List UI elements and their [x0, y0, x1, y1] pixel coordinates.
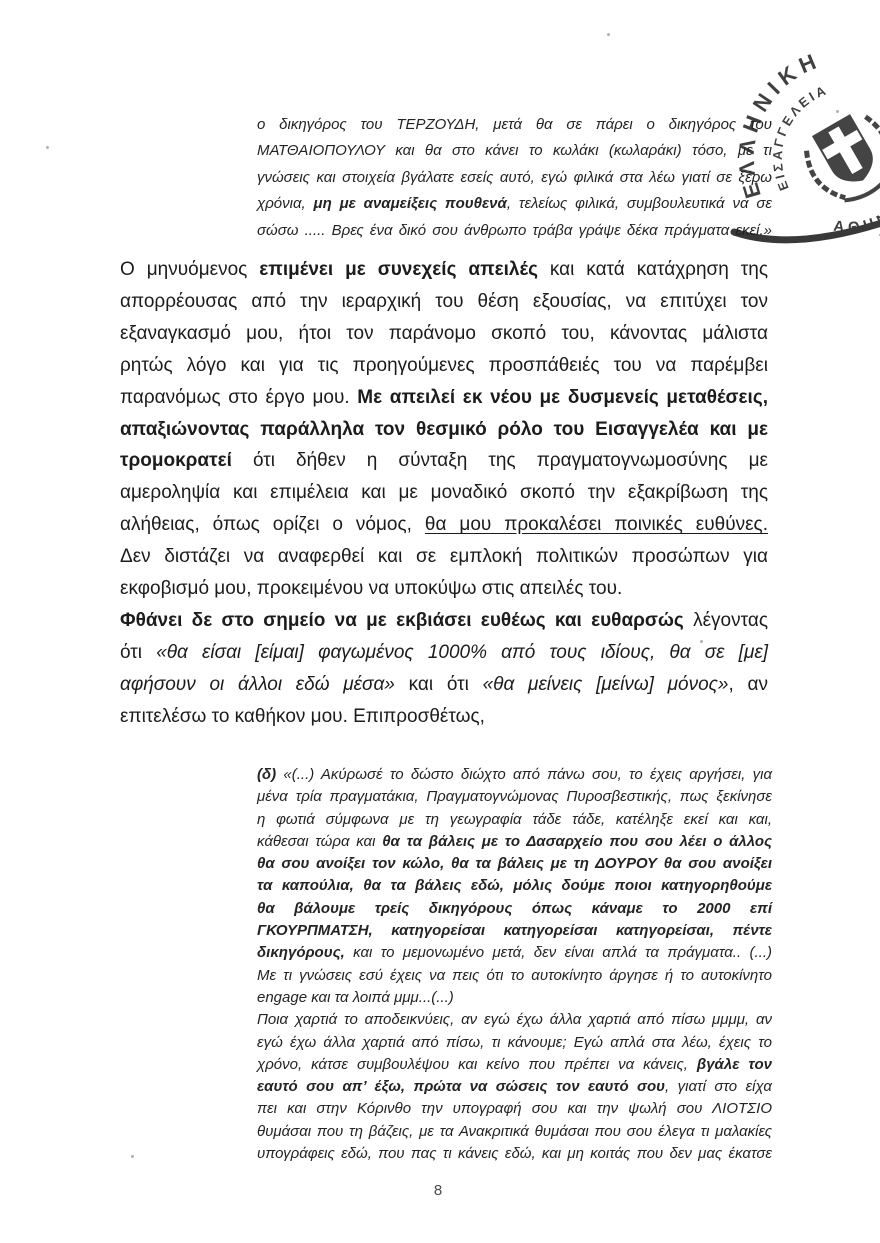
text-run: επιμένει με συνεχείς απειλές [259, 259, 538, 280]
text-run: βγάλε τον [697, 1056, 772, 1073]
text-run: αφήσουν οι άλλοι εδώ μέσα» [120, 674, 395, 695]
text-run: πει και στην Κόρινθο την υπογραφή σου κα… [257, 1100, 772, 1117]
text-line: σώσω ..... Βρες ένα δικό σου άνθρωπο τρά… [257, 218, 772, 244]
text-run: τα καπούλια, θα τα βάλεις εδώ, μόλις δού… [257, 877, 772, 894]
text-line: Φθάνει δε στο σημείο να με εκβιάσει ευθέ… [120, 605, 768, 637]
text-run: σώσω ..... Βρες ένα δικό σου άνθρωπο τρά… [257, 222, 772, 239]
text-run: τρομοκρατεί [120, 450, 232, 471]
stamp-ring-bottom-text: ΑΘΗΝΩΝ [826, 176, 880, 253]
text-line: Με τι γνώσεις εσύ έχεις να πεις ότι το α… [257, 965, 772, 987]
text-line: υπογράφεις εδώ, που πας τι κάνεις εδώ, κ… [257, 1143, 772, 1165]
text-line: χρόνο, κάτσε συμβουλέψου και κείνο που π… [257, 1054, 772, 1076]
text-line: εγώ έχω άλλα χαρτιά από πίσω, τι κάνουμε… [257, 1032, 772, 1054]
text-run: Με απειλεί εκ νέου με δυσμενείς μεταθέσε… [357, 387, 768, 408]
document-page: ο δικηγόρος του ΤΕΡΖΟΥΔΗ, μετά θα σε πάρ… [0, 0, 880, 1243]
text-run: επιτελέσω το καθήκον μου. Επιπροσθέτως, [120, 706, 485, 727]
text-run: απαξιώνοντας παράλληλα τον θεσμικό ρόλο … [120, 419, 768, 440]
text-run: χρόνια, [257, 195, 314, 212]
text-run: θα σου ανοίξει τον κώλο, θα τα βάλεις με… [257, 855, 772, 872]
text-line: παρανόμως στο έργο μου. Με απειλεί εκ νέ… [120, 382, 768, 414]
text-run: (δ) [257, 766, 283, 783]
text-line: πει και στην Κόρινθο την υπογραφή σου κα… [257, 1098, 772, 1120]
text-run: , αν [729, 674, 769, 695]
text-run: Φθάνει δε στο σημείο να με εκβιάσει ευθέ… [120, 610, 684, 631]
text-run: ότι δήθεν η σύνταξη της πραγματογνωμοσύν… [232, 450, 768, 471]
page-number: 8 [420, 1182, 456, 1199]
text-line: Δεν διστάζει να αναφερθεί και σε εμπλοκή… [120, 541, 768, 573]
text-line: εξαναγκασμό μου, ήτοι τον παράνομο σκοπό… [120, 318, 768, 350]
text-run: θα μου προκαλέσει ποινικές ευθύνες. [425, 514, 768, 535]
text-line: δικηγόρους, και το μεμονωμένο μετά, δεν … [257, 942, 772, 964]
text-run: λέγοντας [684, 610, 768, 631]
text-run: «θα είσαι [είμαι] φαγωμένος 1000% από το… [156, 642, 768, 663]
stamp-emblem-icon [796, 105, 880, 213]
text-run: θα βάλουμε τρείς δικηγόρους όπως κάναμε … [257, 900, 772, 917]
text-run: εκφοβισμό μου, προκειμένου να υποκύψω στ… [120, 578, 622, 599]
text-run: κάθεσαι τώρα και [257, 833, 382, 850]
text-line: τα καπούλια, θα τα βάλεις εδώ, μόλις δού… [257, 875, 772, 897]
text-run: αλήθειας, όπως ορίζει ο νόμος, [120, 514, 425, 535]
quote-block-1: ο δικηγόρος του ΤΕΡΖΟΥΔΗ, μετά θα σε πάρ… [257, 112, 772, 244]
text-line: αφήσουν οι άλλοι εδώ μέσα» και ότι «θα μ… [120, 669, 768, 701]
text-run: θυμάσαι που τη βάζεις, με τα Ανακριτικά … [257, 1123, 772, 1140]
quote-block-2: (δ) «(...) Ακύρωσέ το δώστο διώχτο από π… [257, 764, 772, 1165]
scan-speck [152, 455, 155, 458]
text-run: ΜΑΤΘΑΙΟΠΟΥΛΟΥ και θα στο κάνει το κωλάκι… [257, 142, 772, 159]
text-run: «(...) Ακύρωσέ το δώστο διώχτο από πάνω … [283, 766, 772, 783]
text-run: παρανόμως στο έργο μου. [120, 387, 357, 408]
text-run: engage και τα λοιπά μμμ...(...) [257, 989, 454, 1006]
text-line: επιτελέσω το καθήκον μου. Επιπροσθέτως, [120, 701, 768, 733]
text-run: θα τα βάλεις με το Δασαρχείο που σου λέε… [382, 833, 772, 850]
scan-speck [700, 640, 703, 643]
text-line: θυμάσαι που τη βάζεις, με τα Ανακριτικά … [257, 1121, 772, 1143]
text-line: χρόνια, μη με αναμείξεις πουθενά, τελείω… [257, 191, 772, 217]
text-line: απαξιώνοντας παράλληλα τον θεσμικό ρόλο … [120, 414, 768, 446]
text-run: μένα τρία πραγματάκια, Πραγματογνώμονας … [257, 788, 772, 805]
text-run: «θα μείνεις [μείνω] μόνος» [483, 674, 729, 695]
text-line: γνώσεις και στοιχεία βγάλατε εσείς αυτό,… [257, 165, 772, 191]
text-run: αμεροληψία και επιμέλεια και με μοναδικό… [120, 482, 768, 503]
text-line: αμεροληψία και επιμέλεια και με μοναδικό… [120, 477, 768, 509]
text-line: Ποια χαρτιά το αποδεικνύεις, αν εγώ έχω … [257, 1009, 772, 1031]
scan-speck [46, 146, 49, 149]
text-line: κάθεσαι τώρα και θα τα βάλεις με το Δασα… [257, 831, 772, 853]
text-run: εαυτό σου απ’ έξω, πρώτα να σώσεις τον ε… [257, 1078, 665, 1095]
text-run: εξαναγκασμό μου, ήτοι τον παράνομο σκοπό… [120, 323, 768, 344]
text-run: η φωτιά σύμφωνα με τη γεωγραφία τάδε τάδ… [257, 811, 772, 828]
text-run: , γιατί στο είχα [665, 1078, 772, 1095]
text-line: ΜΑΤΘΑΙΟΠΟΥΛΟΥ και θα στο κάνει το κωλάκι… [257, 138, 772, 164]
text-line: εαυτό σου απ’ έξω, πρώτα να σώσεις τον ε… [257, 1076, 772, 1098]
text-line: Ο μηνυόμενος επιμένει με συνεχείς απειλέ… [120, 254, 768, 286]
text-line: engage και τα λοιπά μμμ...(...) [257, 987, 772, 1009]
text-run: και το μεμονωμένο μετά, δεν είναι απλά τ… [345, 944, 772, 961]
official-stamp-icon: ΕΛΛΗΝΙΚΗ ΕΙΣΑΓΓΕΛΕΙΑ ΑΘΗΝΩΝ ★ [724, 34, 880, 284]
text-line: απορρέουσας από την ιεραρχική του θέση ε… [120, 286, 768, 318]
scan-speck [607, 33, 610, 36]
text-run: γνώσεις και στοιχεία βγάλατε εσείς αυτό,… [257, 169, 772, 186]
text-line: θα σου ανοίξει τον κώλο, θα τα βάλεις με… [257, 853, 772, 875]
scan-speck [131, 1155, 134, 1158]
text-line: θα βάλουμε τρείς δικηγόρους όπως κάναμε … [257, 898, 772, 920]
text-line: η φωτιά σύμφωνα με τη γεωγραφία τάδε τάδ… [257, 809, 772, 831]
text-line: τρομοκρατεί ότι δήθεν η σύνταξη της πραγ… [120, 445, 768, 477]
text-line: ο δικηγόρος του ΤΕΡΖΟΥΔΗ, μετά θα σε πάρ… [257, 112, 772, 138]
text-line: μένα τρία πραγματάκια, Πραγματογνώμονας … [257, 786, 772, 808]
text-run: Δεν διστάζει να αναφερθεί και σε εμπλοκή… [120, 546, 768, 567]
text-line: (δ) «(...) Ακύρωσέ το δώστο διώχτο από π… [257, 764, 772, 786]
text-run: απορρέουσας από την ιεραρχική του θέση ε… [120, 291, 768, 312]
text-run: ΓΚΟΥΡΠΜΑΤΣΗ, κατηγορείσαι κατηγορείσαι κ… [257, 922, 772, 939]
text-line: ΓΚΟΥΡΠΜΑΤΣΗ, κατηγορείσαι κατηγορείσαι κ… [257, 920, 772, 942]
scan-speck [836, 110, 839, 113]
body-paragraph: Ο μηνυόμενος επιμένει με συνεχείς απειλέ… [120, 254, 768, 733]
text-line: ρητώς λόγο και για τις προηγούμενες προσ… [120, 350, 768, 382]
text-run: ο δικηγόρος του ΤΕΡΖΟΥΔΗ, μετά θα σε πάρ… [257, 116, 772, 133]
stamp-rotated-group: ΕΛΛΗΝΙΚΗ ΕΙΣΑΓΓΕΛΕΙΑ ΑΘΗΝΩΝ ★ [724, 37, 880, 284]
text-run: μη με αναμείξεις πουθενά [314, 195, 507, 212]
text-line: εκφοβισμό μου, προκειμένου να υποκύψω στ… [120, 573, 768, 605]
text-run: υπογράφεις εδώ, που πας τι κάνεις εδώ, κ… [257, 1145, 772, 1162]
text-run: εγώ έχω άλλα χαρτιά από πίσω, τι κάνουμε… [257, 1034, 772, 1051]
text-run: και ότι [395, 674, 483, 695]
text-run: ρητώς λόγο και για τις προηγούμενες προσ… [120, 355, 768, 376]
text-line: αλήθειας, όπως ορίζει ο νόμος, θα μου πρ… [120, 509, 768, 541]
text-run: Ο μηνυόμενος [120, 259, 259, 280]
text-run: δικηγόρους, [257, 944, 345, 961]
text-run: χρόνο, κάτσε συμβουλέψου και κείνο που π… [257, 1056, 697, 1073]
text-run: Ποια χαρτιά το αποδεικνύεις, αν εγώ έχω … [257, 1011, 772, 1028]
text-line: ότι «θα είσαι [είμαι] φαγωμένος 1000% απ… [120, 637, 768, 669]
text-run: ότι [120, 642, 156, 663]
text-run: Με τι γνώσεις εσύ έχεις να πεις ότι το α… [257, 967, 772, 984]
